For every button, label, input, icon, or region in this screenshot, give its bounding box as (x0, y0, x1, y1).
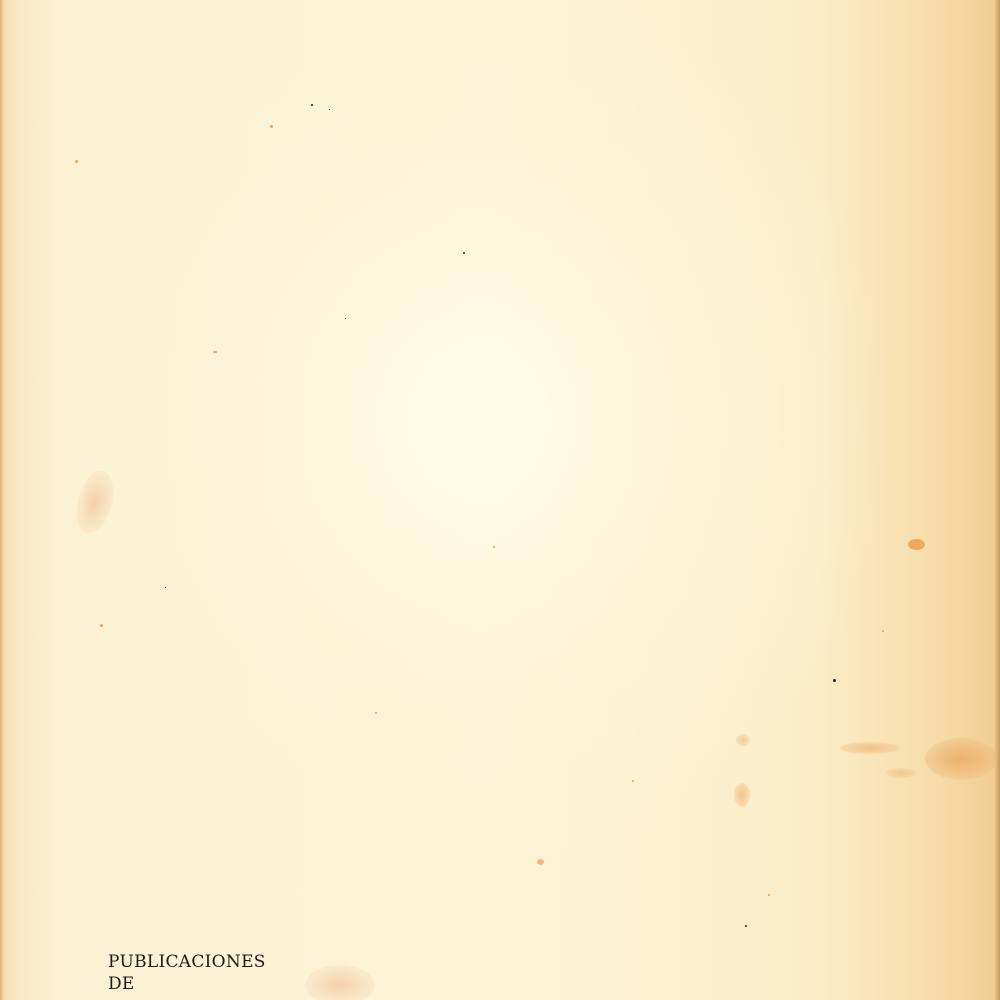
speck (75, 160, 78, 163)
stain-faint-bottom (305, 965, 375, 1000)
speck (100, 624, 103, 627)
publisher-imprint: PUBLICACIONES DE (108, 951, 266, 995)
imprint-line-1: PUBLICACIONES (108, 951, 266, 973)
speck (165, 587, 166, 588)
stain-spot (537, 859, 544, 865)
speck (311, 104, 313, 106)
right-edge-shadow (994, 0, 1000, 1000)
stain-mark (736, 734, 750, 746)
stain-spot (908, 539, 925, 550)
speck (833, 679, 836, 682)
back-cover-page: PUBLICACIONES DE (0, 0, 1000, 1000)
speck (768, 894, 770, 896)
left-edge-shadow (0, 0, 4, 1000)
imprint-line-2: DE (108, 973, 266, 995)
stain-streak-small (886, 768, 916, 778)
speck (345, 318, 346, 319)
speck (632, 780, 634, 782)
speck (270, 125, 273, 128)
speck (213, 351, 217, 353)
stain-large-right (925, 738, 997, 780)
speck (745, 925, 747, 927)
stain-streak (840, 742, 900, 754)
speck (493, 546, 495, 548)
speck (329, 109, 330, 110)
speck (463, 252, 465, 254)
speck (375, 712, 377, 714)
stain-faint-left (70, 467, 119, 538)
stain-mark (734, 783, 750, 807)
speck (882, 630, 884, 632)
